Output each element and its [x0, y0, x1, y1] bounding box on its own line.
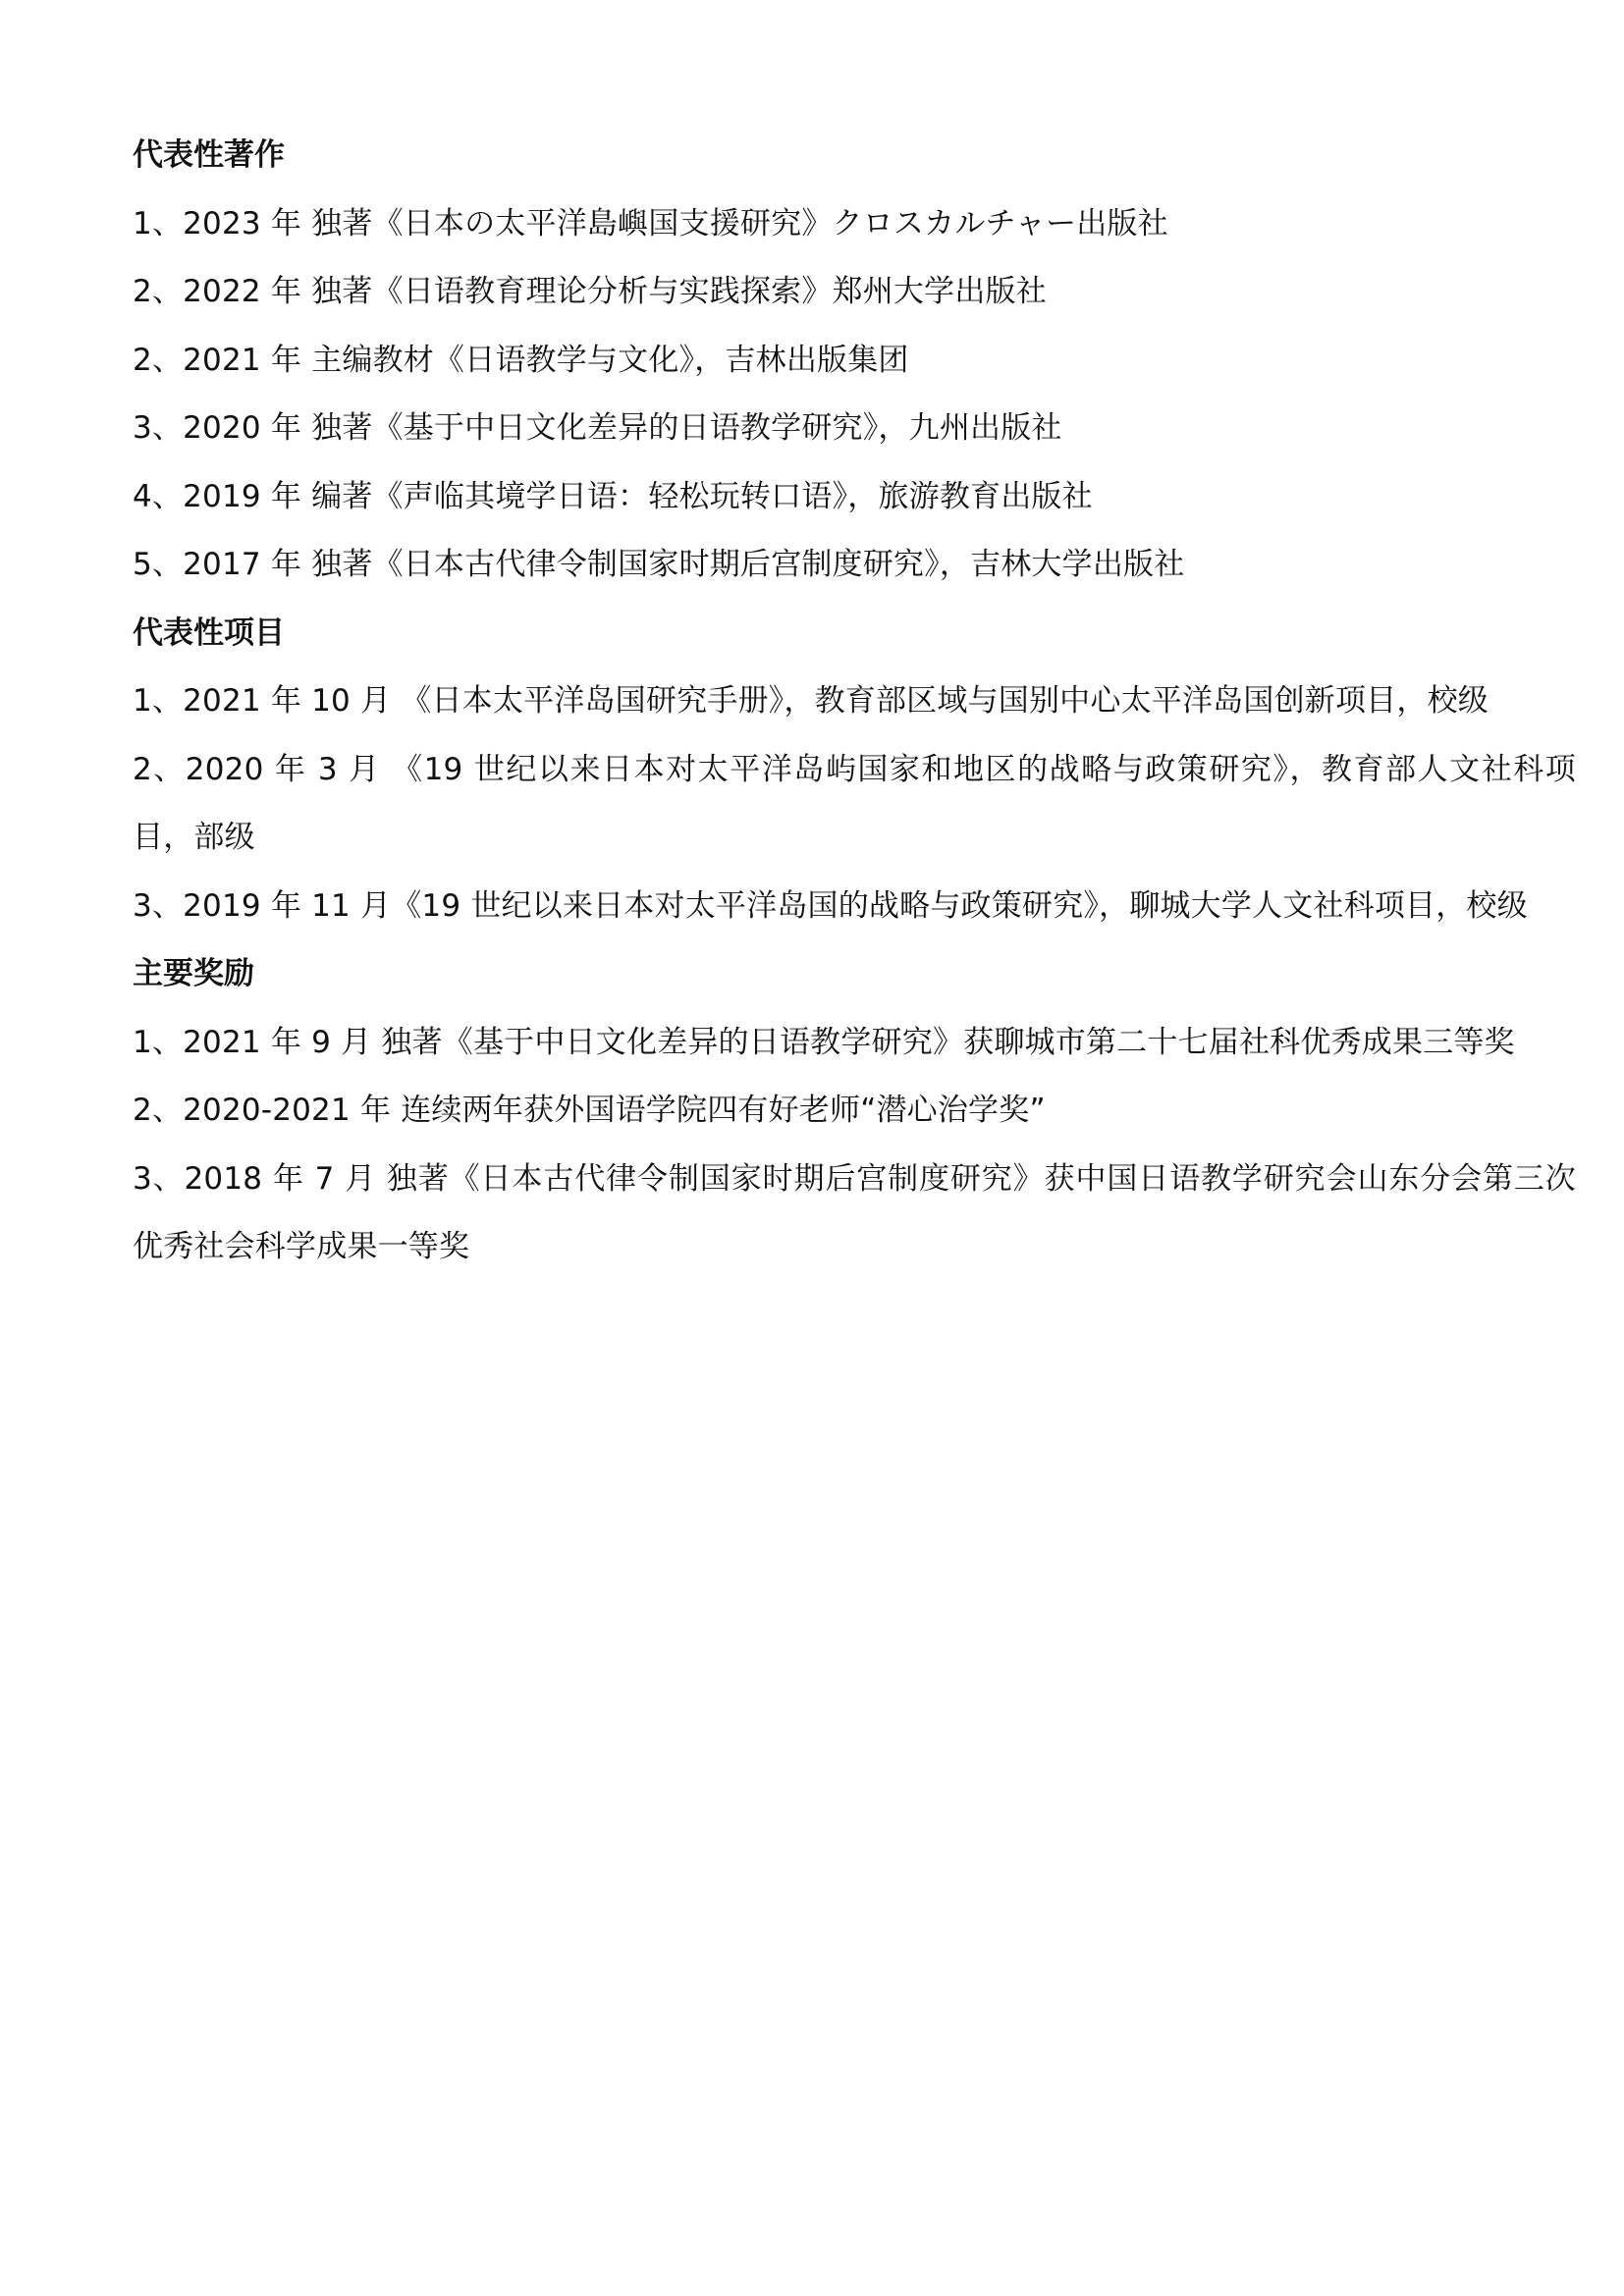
list-item: 3、2018 年 7 月 独著《日本古代律令制国家时期后宫制度研究》获中国日语教… [133, 1146, 1576, 1282]
list-item: 1、2021 年 9 月 独著《基于中日文化差异的日语教学研究》获聊城市第二十七… [133, 1009, 1576, 1078]
list-item: 3、2019 年 11 月《19 世纪以来日本对太平洋岛国的战略与政策研究》，聊… [133, 873, 1576, 941]
list-item: 1、2023 年 独著《日本の太平洋島嶼国支援研究》クロスカルチャー出版社 [133, 190, 1576, 259]
list-item: 2、2022 年 独著《日语教育理论分析与实践探索》郑州大学出版社 [133, 258, 1576, 327]
list-item: 4、2019 年 编著《声临其境学日语：轻松玩转口语》，旅游教育出版社 [133, 463, 1576, 532]
list-item: 3、2020 年 独著《基于中日文化差异的日语教学研究》，九州出版社 [133, 395, 1576, 463]
list-item: 2、2020 年 3 月 《19 世纪以来日本对太平洋岛屿国家和地区的战略与政策… [133, 736, 1576, 873]
section-title: 代表性项目 [133, 600, 1576, 668]
document-page: 代表性著作 1、2023 年 独著《日本の太平洋島嶼国支援研究》クロスカルチャー… [133, 122, 1576, 1282]
list-item: 1、2021 年 10 月 《日本太平洋岛国研究手册》，教育部区域与国别中心太平… [133, 667, 1576, 736]
list-item: 2、2021 年 主编教材《日语教学与文化》，吉林出版集团 [133, 327, 1576, 396]
list-item: 5、2017 年 独著《日本古代律令制国家时期后宫制度研究》，吉林大学出版社 [133, 531, 1576, 600]
section-representative-works: 代表性著作 1、2023 年 独著《日本の太平洋島嶼国支援研究》クロスカルチャー… [133, 122, 1576, 600]
section-title: 主要奖励 [133, 940, 1576, 1009]
list-item: 2、2020-2021 年 连续两年获外国语学院四有好老师“潜心治学奖” [133, 1077, 1576, 1146]
section-major-awards: 主要奖励 1、2021 年 9 月 独著《基于中日文化差异的日语教学研究》获聊城… [133, 940, 1576, 1282]
section-representative-projects: 代表性项目 1、2021 年 10 月 《日本太平洋岛国研究手册》，教育部区域与… [133, 600, 1576, 941]
section-title: 代表性著作 [133, 122, 1576, 190]
